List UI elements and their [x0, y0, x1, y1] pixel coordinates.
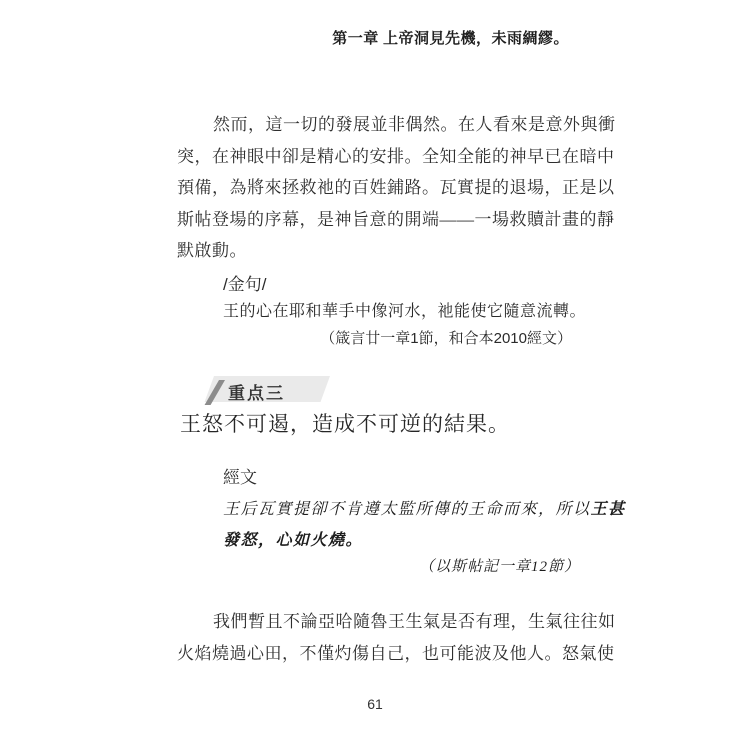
golden-quote-text: 王的心在耶和華手中像河水，祂能使它隨意流轉。	[223, 298, 586, 321]
paragraph-line: 我們暫且不論亞哈隨魯王生氣是否有理，生氣往往如	[177, 606, 579, 638]
scripture-text-regular: 王后瓦實提卻不肯遵太監所傳的王命而來，所以	[223, 501, 591, 518]
golden-quote-label: /金句/	[223, 270, 266, 295]
paragraph-line: 然而，這一切的發展並非偶然。在人看來是意外與衝	[177, 109, 579, 141]
paragraph-line: 突，在神眼中卻是精心的安排。全知全能的神早已在暗中	[177, 141, 579, 173]
book-page: 第一章 上帝洞見先機，未雨綢繆。 然而，這一切的發展並非偶然。在人看來是意外與衝…	[0, 0, 750, 750]
scripture-citation: （以斯帖記一章12節）	[177, 555, 580, 576]
chapter-header: 第一章 上帝洞見先機，未雨綢繆。	[177, 27, 569, 48]
keypoint-badge: 重点三	[228, 379, 285, 404]
scripture-text-bold: 王甚	[591, 501, 626, 518]
scripture-line: 王后瓦實提卻不肯遵太監所傳的王命而來，所以王甚	[223, 496, 626, 519]
golden-quote-citation: （箴言廿一章1節，和合本2010經文）	[177, 327, 572, 348]
page-number: 61	[0, 696, 750, 712]
scripture-line: 發怒，心如火燒。	[223, 527, 363, 550]
scripture-label: 經文	[223, 463, 257, 488]
paragraph-line: 斯帖登場的序幕，是神旨意的開端——一場救贖計畫的靜	[177, 204, 579, 236]
paragraph-line: 預備，為將來拯救祂的百姓鋪路。瓦實提的退場，正是以	[177, 172, 579, 204]
paragraph-line: 默啟動。	[177, 235, 579, 267]
scripture-text-bold: 發怒，心如火燒。	[223, 532, 363, 549]
paragraph-line: 火焰燒過心田，不僅灼傷自己，也可能波及他人。怒氣使	[177, 638, 579, 670]
paragraph-2: 我們暫且不論亞哈隨魯王生氣是否有理，生氣往往如 火焰燒過心田，不僅灼傷自己，也可…	[177, 606, 579, 669]
keypoint-title: 王怒不可遏，造成不可逆的結果。	[180, 408, 510, 438]
paragraph-1: 然而，這一切的發展並非偶然。在人看來是意外與衝 突，在神眼中卻是精心的安排。全知…	[177, 109, 579, 267]
